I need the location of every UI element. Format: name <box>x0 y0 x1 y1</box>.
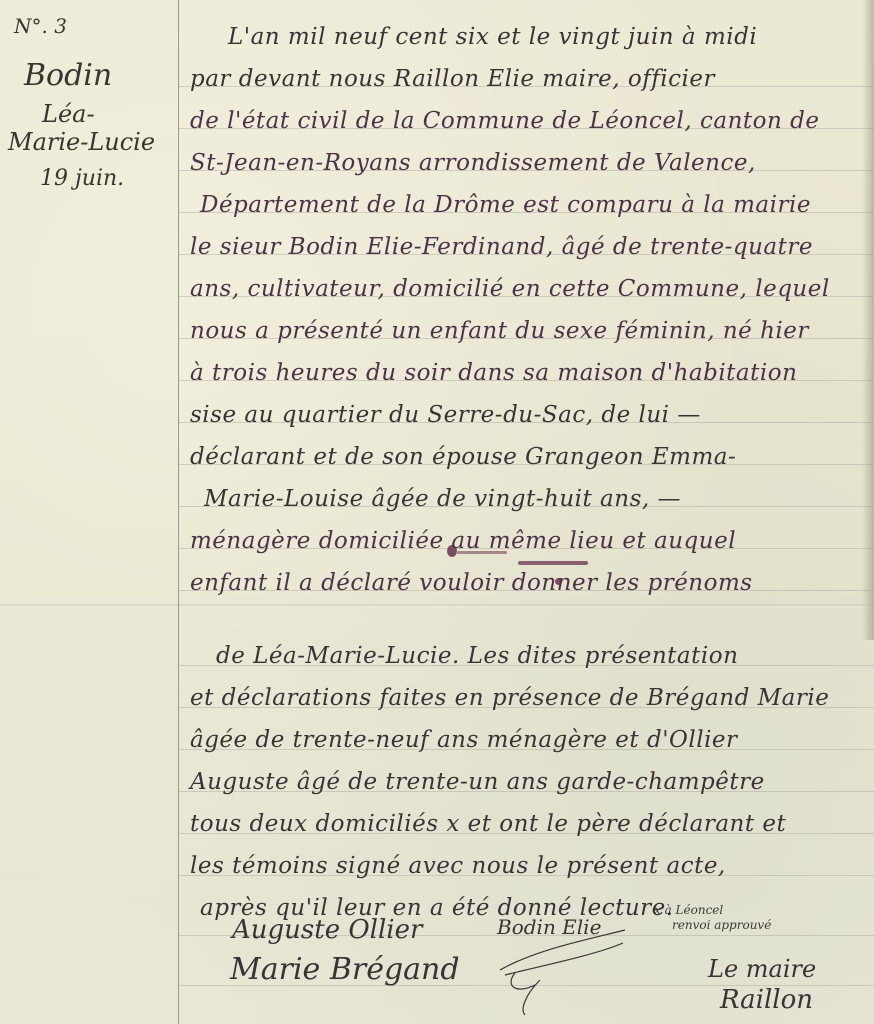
body-line: à trois heures du soir dans sa maison d'… <box>190 360 797 386</box>
marginal-note-line-1: x à Léoncel <box>654 903 723 917</box>
body-line: ans, cultivateur, domicilié en cette Com… <box>190 276 830 302</box>
signature-mayor-raillon: Raillon <box>720 985 813 1015</box>
child-given-name-1: Léa- <box>42 100 95 128</box>
signature-witness-auguste-ollier: Auguste Ollier <box>232 915 422 945</box>
body-line: sise au quartier du Serre-du-Sac, de lui… <box>190 402 701 428</box>
marginal-note-line-2: renvoi approuvé <box>672 918 771 932</box>
body-line: tous deux domiciliés x et ont le père dé… <box>190 811 786 837</box>
ink-blot <box>555 578 562 585</box>
ink-smear <box>518 561 588 565</box>
page-edge-shadow <box>862 0 874 640</box>
body-line: Département de la Drôme est comparu à la… <box>200 192 811 218</box>
body-line: le sieur Bodin Elie-Ferdinand, âgé de tr… <box>190 234 813 260</box>
body-line: déclarant et de son épouse Grangeon Emma… <box>190 444 736 470</box>
signature-witness-marie-bregand: Marie Brégand <box>230 952 460 987</box>
register-page: N°. 3 Bodin Léa- Marie-Lucie 19 juin. L'… <box>0 0 874 1024</box>
ink-blot <box>447 545 457 557</box>
body-line: et déclarations faites en présence de Br… <box>190 685 829 711</box>
signature-flourish <box>495 925 635 1015</box>
child-surname: Bodin <box>24 58 112 93</box>
body-line: âgée de trente-neuf ans ménagère et d'Ol… <box>190 727 738 753</box>
body-line: par devant nous Raillon Elie maire, offi… <box>190 66 715 92</box>
child-given-name-2: Marie-Lucie <box>8 128 155 156</box>
body-line: les témoins signé avec nous le présent a… <box>190 853 726 879</box>
body-line: Marie-Louise âgée de vingt-huit ans, — <box>204 486 681 512</box>
page-fold-seam <box>0 604 874 608</box>
body-line: de Léa-Marie-Lucie. Les dites présentati… <box>216 643 738 669</box>
body-line: nous a présenté un enfant du sexe fémini… <box>190 318 809 344</box>
margin-rule <box>178 0 179 1024</box>
body-line: St-Jean-en-Royans arrondissement de Vale… <box>190 150 756 176</box>
body-line: enfant il a déclaré vouloir donner les p… <box>190 570 753 596</box>
entry-date: 19 juin. <box>40 166 124 191</box>
mayor-title: Le maire <box>708 955 816 983</box>
body-line: L'an mil neuf cent six et le vingt juin … <box>228 24 757 50</box>
body-line: de l'état civil de la Commune de Léoncel… <box>190 108 819 134</box>
body-line: Auguste âgé de trente-un ans garde-champ… <box>190 769 765 795</box>
ink-smear <box>457 551 507 554</box>
entry-number: N°. 3 <box>14 14 67 38</box>
